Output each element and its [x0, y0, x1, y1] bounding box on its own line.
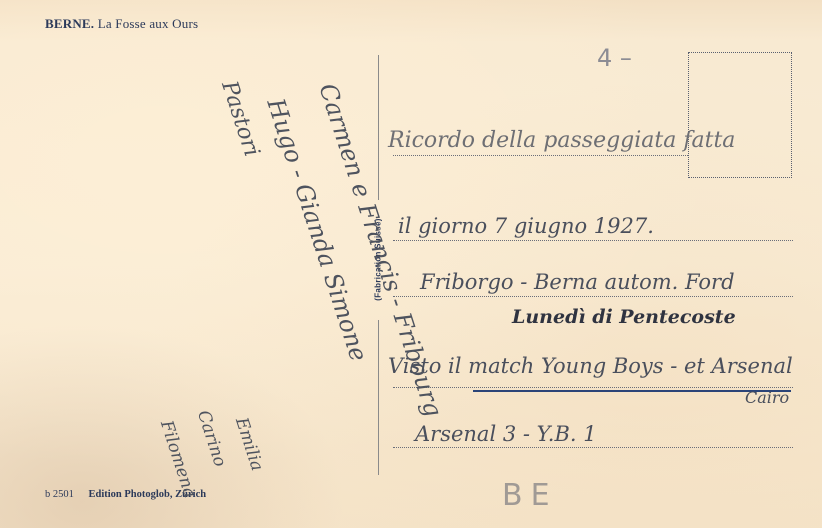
handwritten-line-7: Arsenal 3 - Y.B. 1 [415, 422, 597, 446]
center-divider-bottom [378, 320, 379, 475]
postcard-back: BERNE. La Fosse aux Ours b 2501 Edition … [0, 0, 822, 528]
bottom-pencil-mark: BE [502, 478, 558, 513]
stamp-box [688, 52, 792, 178]
address-line-2 [393, 240, 793, 241]
address-line-4 [393, 387, 793, 388]
handwritten-line-4: Lunedì di Pentecoste [512, 306, 736, 328]
title-city: BERNE. [45, 16, 94, 31]
handwritten-line-1: Ricordo della passeggiata fatta [388, 128, 735, 153]
address-line-5 [393, 447, 793, 448]
handwritten-line-5: Visto il match Young Boys - et Arsenal [388, 354, 793, 378]
signature-line-4: Emilia [231, 415, 267, 473]
signature-line-5: Carino [193, 408, 230, 469]
corner-pencil-mark: 4 – [597, 44, 632, 72]
blue-underline [473, 390, 791, 392]
title-subject: La Fosse aux Ours [98, 16, 199, 31]
postcard-title: BERNE. La Fosse aux Ours [45, 16, 198, 32]
handwritten-line-2: il giorno 7 giugno 1927. [398, 214, 654, 238]
signature-line-3: Pastori [216, 78, 264, 160]
center-divider-top [378, 55, 379, 200]
handwritten-line-3: Friborgo - Berna autom. Ford [420, 270, 735, 294]
address-line-3 [393, 296, 793, 297]
address-line-1 [393, 155, 688, 156]
card-code: b 2501 [45, 489, 74, 500]
handwritten-line-6: Cairo [745, 388, 789, 407]
